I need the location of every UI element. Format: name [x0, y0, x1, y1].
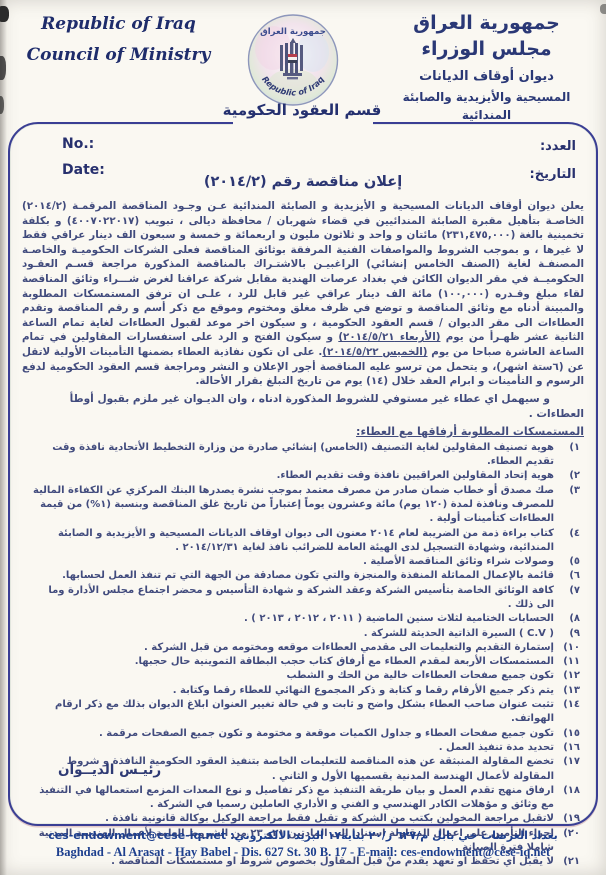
list-item: ٢)هوية إتحاد المقاولين العراقيين نافذة و… — [22, 469, 580, 483]
list-item: ٦)قائمة بالإعمال المماثلة المنفذة والمنج… — [22, 569, 580, 583]
footer-address-ar: بغداد العرصات حي بابل م/٦٢٧ ز/٢٠ بناية١٧… — [0, 828, 606, 844]
item-text: يتم ذكر جميع الأرقام رقما و كتابة و ذكر … — [22, 684, 554, 698]
no-label: No.: — [62, 131, 105, 157]
item-number: ١١) — [554, 655, 580, 669]
item-number: ٩) — [554, 627, 580, 641]
scan-artifact — [0, 56, 6, 80]
opening-date: (الخميس ٢٠١٤/٥/٢٢) — [322, 346, 427, 358]
item-text: تحديد مدة تنفيذ العمل . — [22, 741, 554, 755]
item-text: هوية إتحاد المقاولين العراقيين نافذة وقت… — [22, 469, 554, 483]
item-text: تثبت عنوان صاحب العطاء بشكل واضح و ثابت … — [22, 698, 554, 727]
announcement-title: إعلان مناقصة رقم (٢٠١٤/٢) — [0, 174, 606, 190]
item-number: ٢) — [554, 469, 580, 483]
header-arabic: جمهورية العراق مجلس الوزراء ديوان أوقاف … — [379, 10, 594, 124]
council-name-ar: مجلس الوزراء — [379, 36, 594, 63]
list-item: ٧)كافة الوثائق الخاصة بتأسيس الشركة وعقد… — [22, 584, 580, 613]
list-item: ٩)( C.V ) السيرة الذاتية الحديثة للشركة … — [22, 627, 580, 641]
item-text: تكون جميع صفحات العطاءات خالية من الحك و… — [22, 669, 554, 683]
item-number: ١٦) — [554, 741, 580, 755]
header-english: Republic of Iraq Council of Ministry — [26, 14, 211, 65]
list-item: ٣)صك مصدق أو خطاب ضمان صادر من مصرف معتم… — [22, 484, 580, 527]
item-text: المستمسكات الأربعة لمقدم العطاء مع أرفاق… — [22, 655, 554, 669]
department-title: قسم العقود الحكومية — [213, 101, 392, 119]
seal-arabic-text: جمهورية العراق — [260, 27, 326, 37]
submission-deadline-date: (الأربعاء ٢٠١٤/٥/٢١) — [338, 331, 440, 343]
opening-paragraph: يعلن ديوان أوقاف الديانات المسيحية و الأ… — [22, 199, 584, 389]
item-text: كافة الوثائق الخاصة بتأسيس الشركة وعقد ا… — [22, 584, 554, 613]
list-item: ١٢)تكون جميع صفحات العطاءات خالية من الح… — [22, 669, 580, 683]
item-text: قائمة بالإعمال المماثلة المنفذة والمنجزة… — [22, 569, 554, 583]
item-text: هوية تصنيف المقاولين لغاية التصنيف (الخا… — [22, 441, 554, 470]
item-text: وصولات شراء وثائق المناقصة الأصلية . — [22, 555, 554, 569]
item-number: ٤) — [554, 527, 580, 556]
list-item: ١٣)يتم ذكر جميع الأرقام رقما و كتابة و ذ… — [22, 684, 580, 698]
council-name-en: Council of Ministry — [26, 45, 211, 65]
scan-edge-shadow — [0, 0, 7, 875]
country-name-ar: جمهورية العراق — [379, 10, 594, 36]
item-number: ١٨) — [554, 784, 580, 813]
signature-title: رئيـس الديــوان — [58, 762, 161, 778]
item-text: ارفاق منهج تقدم العمل و بيان طريقة التنف… — [22, 784, 554, 813]
item-text: إستمارة التقديم والتعليمات الى مقدمي الع… — [22, 641, 554, 655]
item-number: ١٢) — [554, 669, 580, 683]
list-item: ١٥)تكون جميع صفحات العطاء و جداول الكميا… — [22, 727, 580, 741]
item-number: ١٤) — [554, 698, 580, 727]
iraq-emblem-icon: جمهورية العراق Republic of Iraq — [247, 14, 339, 108]
scan-artifact — [600, 4, 606, 14]
scanned-tender-document: Republic of Iraq Council of Ministry جمه… — [0, 0, 606, 875]
requirements-heading: المستمسكات المطلوبة أرفاقها مع العطاء: — [22, 425, 584, 438]
list-item: ١٤)تثبت عنوان صاحب العطاء بشكل واضح و ثا… — [22, 698, 580, 727]
list-item: ١)هوية تصنيف المقاولين لغاية التصنيف (ال… — [22, 441, 580, 470]
list-item: ١٠)إستمارة التقديم والتعليمات الى مقدمي … — [22, 641, 580, 655]
list-item: ١١)المستمسكات الأربعة لمقدم العطاء مع أر… — [22, 655, 580, 669]
item-number: ١٩) — [554, 812, 580, 826]
diwan-subname-ar: المسيحية والأيزيدية والصابئة المندائية — [379, 88, 594, 124]
item-text: صك مصدق أو خطاب ضمان صادر من مصرف معتمد … — [22, 484, 554, 527]
p1-segment: يعلن ديوان أوقاف الديانات المسيحية و الأ… — [22, 200, 584, 343]
item-text: تكون جميع صفحات العطاء و جداول الكميات م… — [22, 727, 554, 741]
item-text: الحسابات الختامية لثلاث سنين الماضية ( ٢… — [22, 612, 554, 626]
list-item: ٥)وصولات شراء وثائق المناقصة الأصلية . — [22, 555, 580, 569]
footer-address: بغداد العرصات حي بابل م/٦٢٧ ز/٢٠ بناية١٧… — [0, 828, 606, 861]
item-number: ١٠) — [554, 641, 580, 655]
item-text: ( C.V ) السيرة الذاتية الحديثة للشركة . — [22, 627, 554, 641]
requirements-list: ١)هوية تصنيف المقاولين لغاية التصنيف (ال… — [22, 441, 584, 870]
item-number: ١) — [554, 441, 580, 470]
item-number: ١٧) — [554, 755, 580, 784]
item-text: لاتقبل مراجعة المخولين بكتب من الشركة و … — [22, 812, 554, 826]
item-number: ١٥) — [554, 727, 580, 741]
iraq-state-seal: جمهورية العراق Republic of Iraq — [247, 14, 339, 112]
footer-address-en: Baghdad - Al Arasat - Hay Babel - Dis. 6… — [0, 844, 606, 861]
item-number: ٧) — [554, 584, 580, 613]
adad-label: العدد: — [530, 133, 576, 161]
item-number: ٥) — [554, 555, 580, 569]
item-number: ٣) — [554, 484, 580, 527]
item-text: كتاب براءة ذمة من الضريبة لعام ٢٠١٤ معنو… — [22, 527, 554, 556]
country-name-en: Republic of Iraq — [26, 14, 211, 34]
list-item: ٨)الحسابات الختامية لثلاث سنين الماضية (… — [22, 612, 580, 626]
list-item: ٤)كتاب براءة ذمة من الضريبة لعام ٢٠١٤ مع… — [22, 527, 580, 556]
disclaimer-paragraph: و سيهمل اي عطاء غير مستوفي للشروط المذكو… — [22, 392, 584, 422]
list-item: ١٨)ارفاق منهج تقدم العمل و بيان طريقة ال… — [22, 784, 580, 813]
list-item: ١٩)لاتقبل مراجعة المخولين بكتب من الشركة… — [22, 812, 580, 826]
list-item: ١٦)تحديد مدة تنفيذ العمل . — [22, 741, 580, 755]
item-number: ١٣) — [554, 684, 580, 698]
diwan-name-ar: ديوان أوقاف الديانات — [379, 66, 594, 88]
item-number: ٦) — [554, 569, 580, 583]
item-number: ٨) — [554, 612, 580, 626]
scan-artifact — [0, 6, 9, 22]
